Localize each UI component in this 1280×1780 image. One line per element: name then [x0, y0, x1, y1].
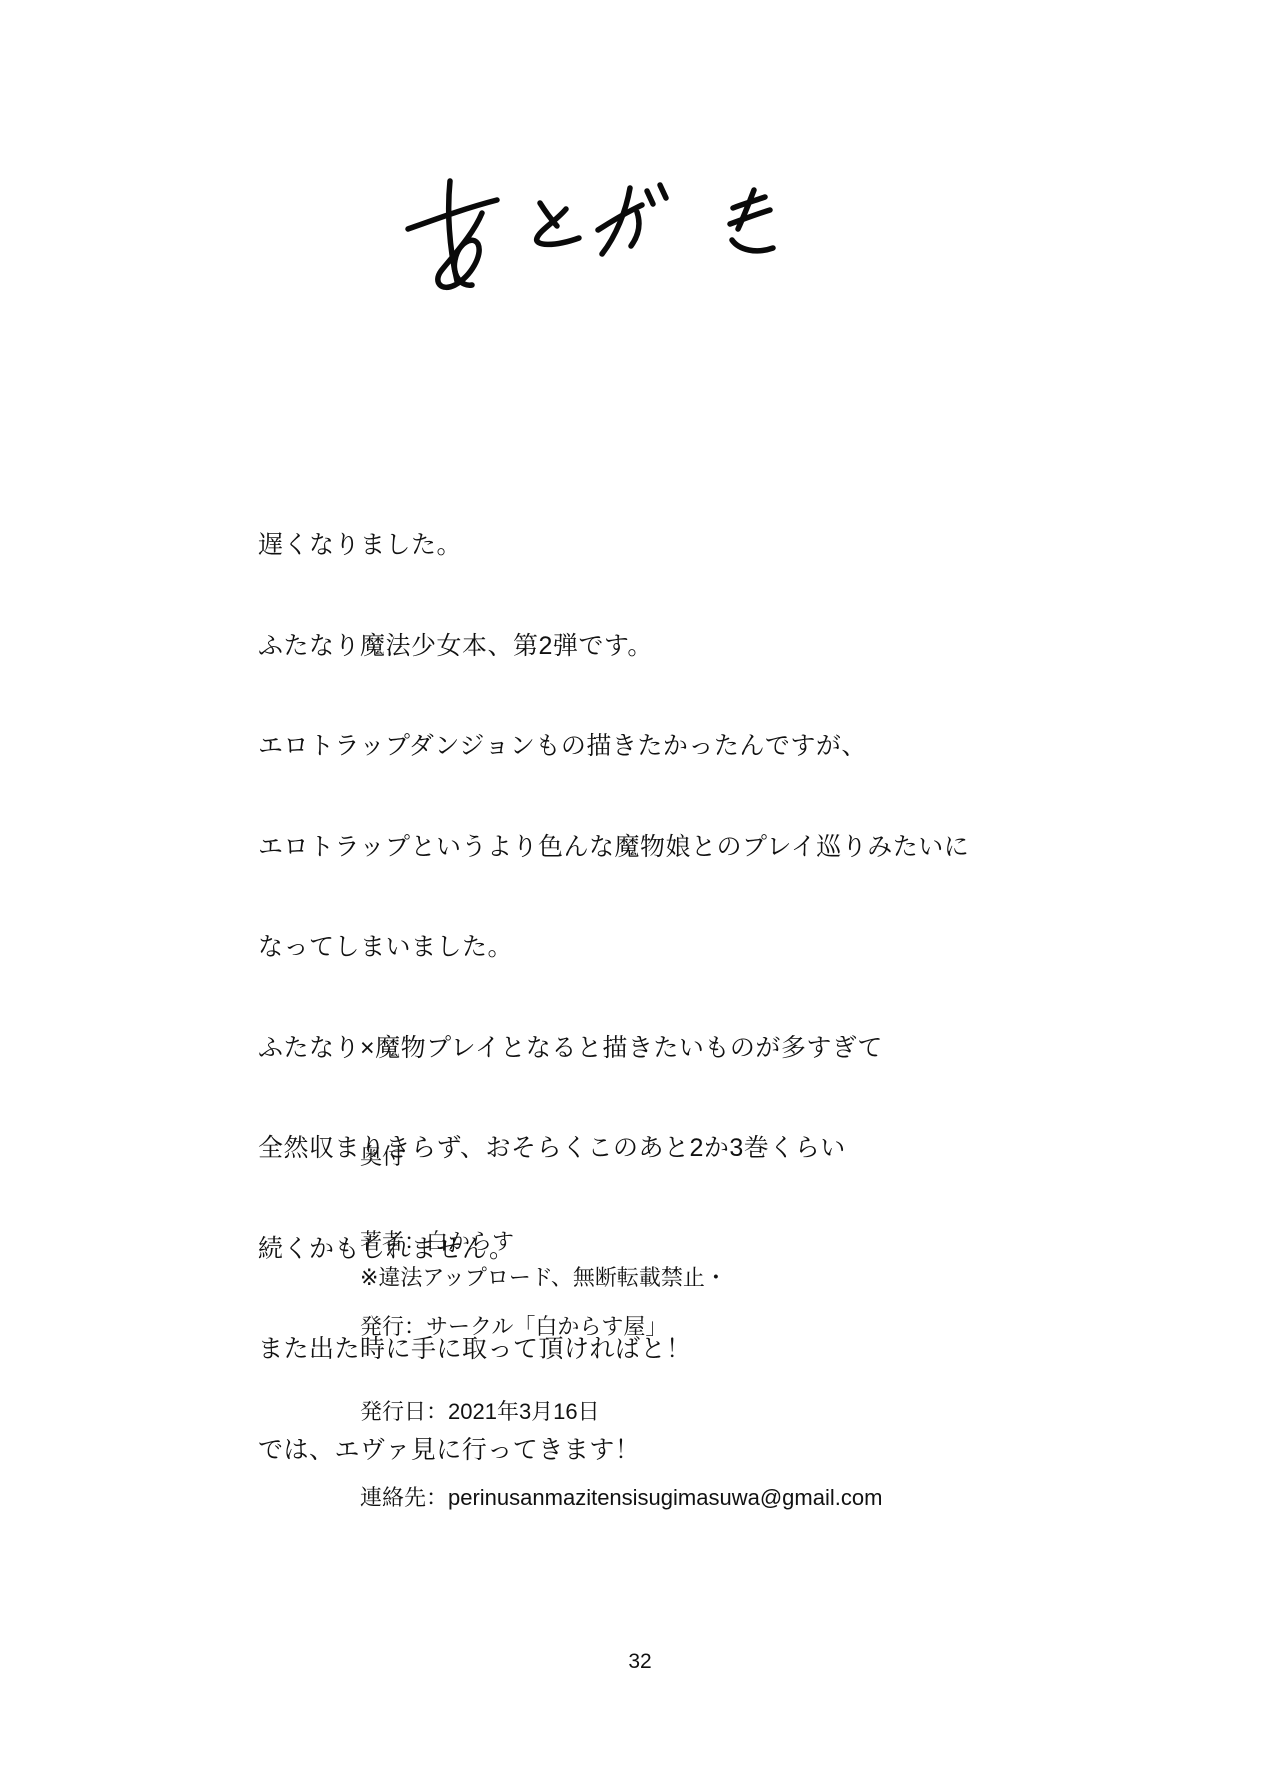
hiragana-ki-stroke: [730, 210, 770, 224]
copyright-notice: ※違法アップロード、無断転載禁止・: [360, 1261, 727, 1292]
afterword-page: あとがき 遅くなりました。 ふたなり魔法少女本、第2弾です。 エロトラップダンジ…: [0, 0, 1280, 1780]
hiragana-ga-dakuten: [647, 191, 653, 204]
page-number: 32: [0, 1650, 1280, 1674]
page-title: あとがき: [0, 0, 1, 1]
hiragana-ga-stroke: [631, 212, 639, 246]
hiragana-ki-stroke: [738, 190, 754, 229]
afterword-line: ふたなり魔法少女本、第2弾です。: [258, 630, 969, 664]
colophon: 奥付 著者：白からす 発行：サークル「白からす屋」 発行日：2021年3月16日…: [360, 1086, 882, 1569]
hiragana-a-stroke: [438, 213, 482, 287]
hiragana-ki-stroke: [732, 240, 773, 251]
colophon-author-line: 著者：白からす: [360, 1228, 882, 1256]
hiragana-ga-dakuten: [660, 185, 666, 198]
colophon-contact-line: 連絡先：perinusanmazitensisugimasuwa@gmail.c…: [360, 1484, 882, 1512]
afterword-line: ふたなり×魔物プレイとなると描きたいものが多すぎて: [258, 1032, 969, 1066]
afterword-line: エロトラップダンジョンもの描きたかったんですが、: [258, 730, 969, 764]
colophon-date-line: 発行日：2021年3月16日: [360, 1398, 882, 1426]
colophon-heading: 奥付: [360, 1143, 882, 1171]
colophon-publisher-line: 発行：サークル「白からす屋」: [360, 1313, 882, 1341]
afterword-line: 遅くなりました。: [258, 529, 969, 563]
afterword-line: エロトラップというより色んな魔物娘とのプレイ巡りみたいに: [258, 831, 969, 865]
afterword-line: なってしまいました。: [258, 931, 969, 965]
afterword-title-handwriting: [390, 148, 790, 300]
